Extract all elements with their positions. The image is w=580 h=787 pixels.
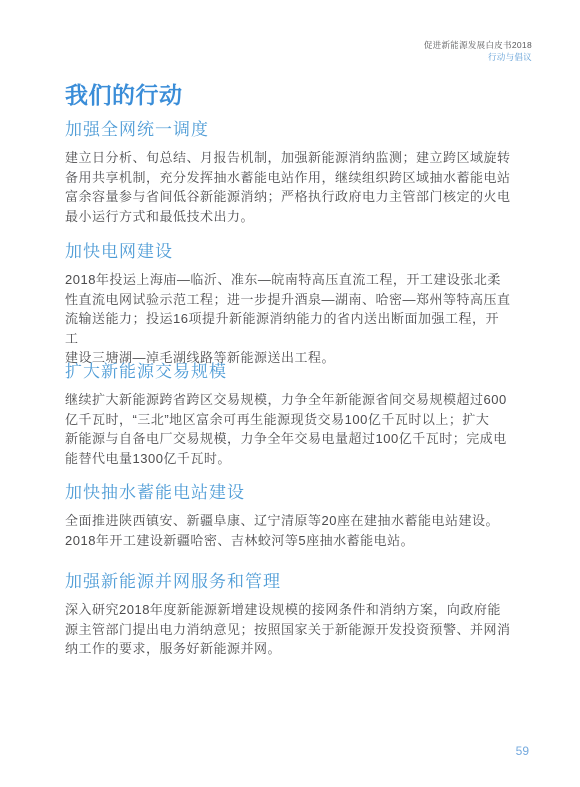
book-title: 促进新能源发展白皮书2018 bbox=[424, 40, 532, 51]
section-pumped-storage: 加快抽水蓄能电站建设 全面推进陕西镇安、新疆阜康、辽宁清原等20座在建抽水蓄能电… bbox=[65, 481, 512, 550]
section-body: 全面推进陕西镇安、新疆阜康、辽宁清原等20座在建抽水蓄能电站建设。 2018年开… bbox=[65, 511, 512, 550]
section-heading: 加强全网统一调度 bbox=[65, 118, 512, 142]
section-body: 2018年投运上海庙—临沂、准东—皖南特高压直流工程，开工建设张北柔 性直流电网… bbox=[65, 270, 512, 368]
page-number: 59 bbox=[516, 744, 529, 758]
section-heading: 加强新能源并网服务和管理 bbox=[65, 570, 512, 594]
chapter-label: 行动与倡议 bbox=[424, 52, 532, 63]
page-title: 我们的行动 bbox=[65, 82, 183, 108]
document-page: 促进新能源发展白皮书2018 行动与倡议 我们的行动 加强全网统一调度 建立日分… bbox=[0, 0, 580, 787]
section-grid-construction: 加快电网建设 2018年投运上海庙—临沂、准东—皖南特高压直流工程，开工建设张北… bbox=[65, 240, 512, 368]
section-heading: 加快抽水蓄能电站建设 bbox=[65, 481, 512, 505]
section-body: 深入研究2018年度新能源新增建设规模的接网条件和消纳方案，向政府能 源主管部门… bbox=[65, 600, 512, 659]
section-heading: 加快电网建设 bbox=[65, 240, 512, 264]
section-grid-connection-service: 加强新能源并网服务和管理 深入研究2018年度新能源新增建设规模的接网条件和消纳… bbox=[65, 570, 512, 659]
section-trading-scale: 扩大新能源交易规模 继续扩大新能源跨省跨区交易规模，力争全年新能源省间交易规模超… bbox=[65, 360, 512, 468]
section-heading: 扩大新能源交易规模 bbox=[65, 360, 512, 384]
section-body: 继续扩大新能源跨省跨区交易规模，力争全年新能源省间交易规模超过600 亿千瓦时，… bbox=[65, 390, 512, 468]
section-body: 建立日分析、旬总结、月报告机制，加强新能源消纳监测；建立跨区域旋转 备用共享机制… bbox=[65, 148, 512, 226]
page-header: 促进新能源发展白皮书2018 行动与倡议 bbox=[424, 40, 532, 63]
section-unified-dispatch: 加强全网统一调度 建立日分析、旬总结、月报告机制，加强新能源消纳监测；建立跨区域… bbox=[65, 118, 512, 226]
